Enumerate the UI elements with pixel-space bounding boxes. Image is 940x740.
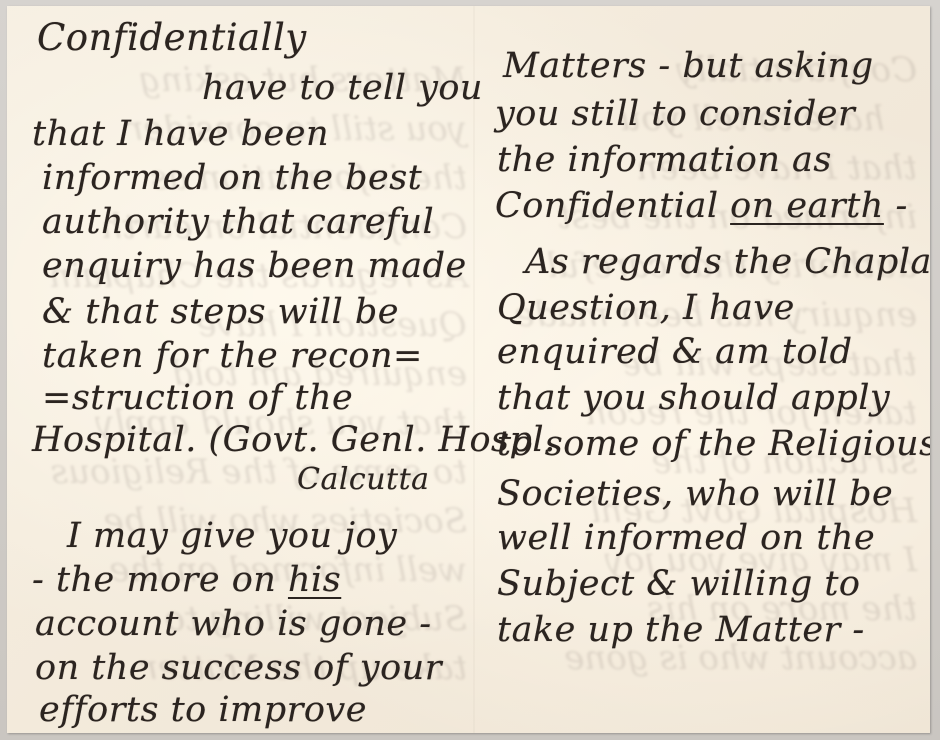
text-line: =struction of the [42, 378, 353, 418]
text-line: take up the Matter - [497, 610, 865, 650]
text-line: I may give you joy [67, 516, 397, 556]
text-line: well informed on the [497, 518, 875, 558]
text-line: Question, I have [497, 288, 795, 328]
text-line: As regards the Chaplain [525, 242, 930, 282]
text-line: informed on the best [42, 158, 422, 198]
text-line: the information as [497, 140, 832, 180]
text-line: to some of the Religious [497, 424, 930, 464]
text-line: Matters - but asking [503, 46, 874, 86]
text-line: - the more on his [32, 560, 341, 600]
left-page: Confidentially have to tell you that I h… [7, 6, 473, 733]
text-fragment: - [884, 186, 908, 226]
right-page: Matters - but asking you still to consid… [475, 6, 930, 733]
text-line: Confidential on earth - [495, 186, 908, 226]
text-line: enquiry has been made [42, 246, 467, 286]
underlined-word: his [288, 560, 341, 600]
display-mount: Matters but asking you still to consider… [0, 0, 940, 740]
text-line: have to tell you [202, 68, 483, 108]
text-line: authority that careful [42, 202, 434, 242]
text-line: that you should apply [497, 378, 890, 418]
underlined-phrase: on earth [730, 186, 884, 226]
text-fragment: Confidential [495, 186, 730, 226]
location-note: Calcutta [297, 462, 430, 497]
text-fragment: - the more on [32, 560, 288, 600]
text-line: Subject & willing to [497, 564, 861, 604]
text-line: account who is gone - [35, 604, 432, 644]
text-line: you still to consider [495, 94, 855, 134]
text-line: Societies, who will be [497, 474, 893, 514]
salutation-line: Confidentially [37, 16, 307, 59]
text-line: efforts to improve [39, 690, 367, 730]
text-line: on the success of your [35, 648, 442, 688]
letter-paper: Matters but asking you still to consider… [7, 6, 930, 733]
text-line: that I have been [32, 114, 329, 154]
text-line: enquired & am told [497, 332, 853, 372]
text-line: & that steps will be [42, 292, 399, 332]
text-line: taken for the recon= [42, 336, 423, 376]
